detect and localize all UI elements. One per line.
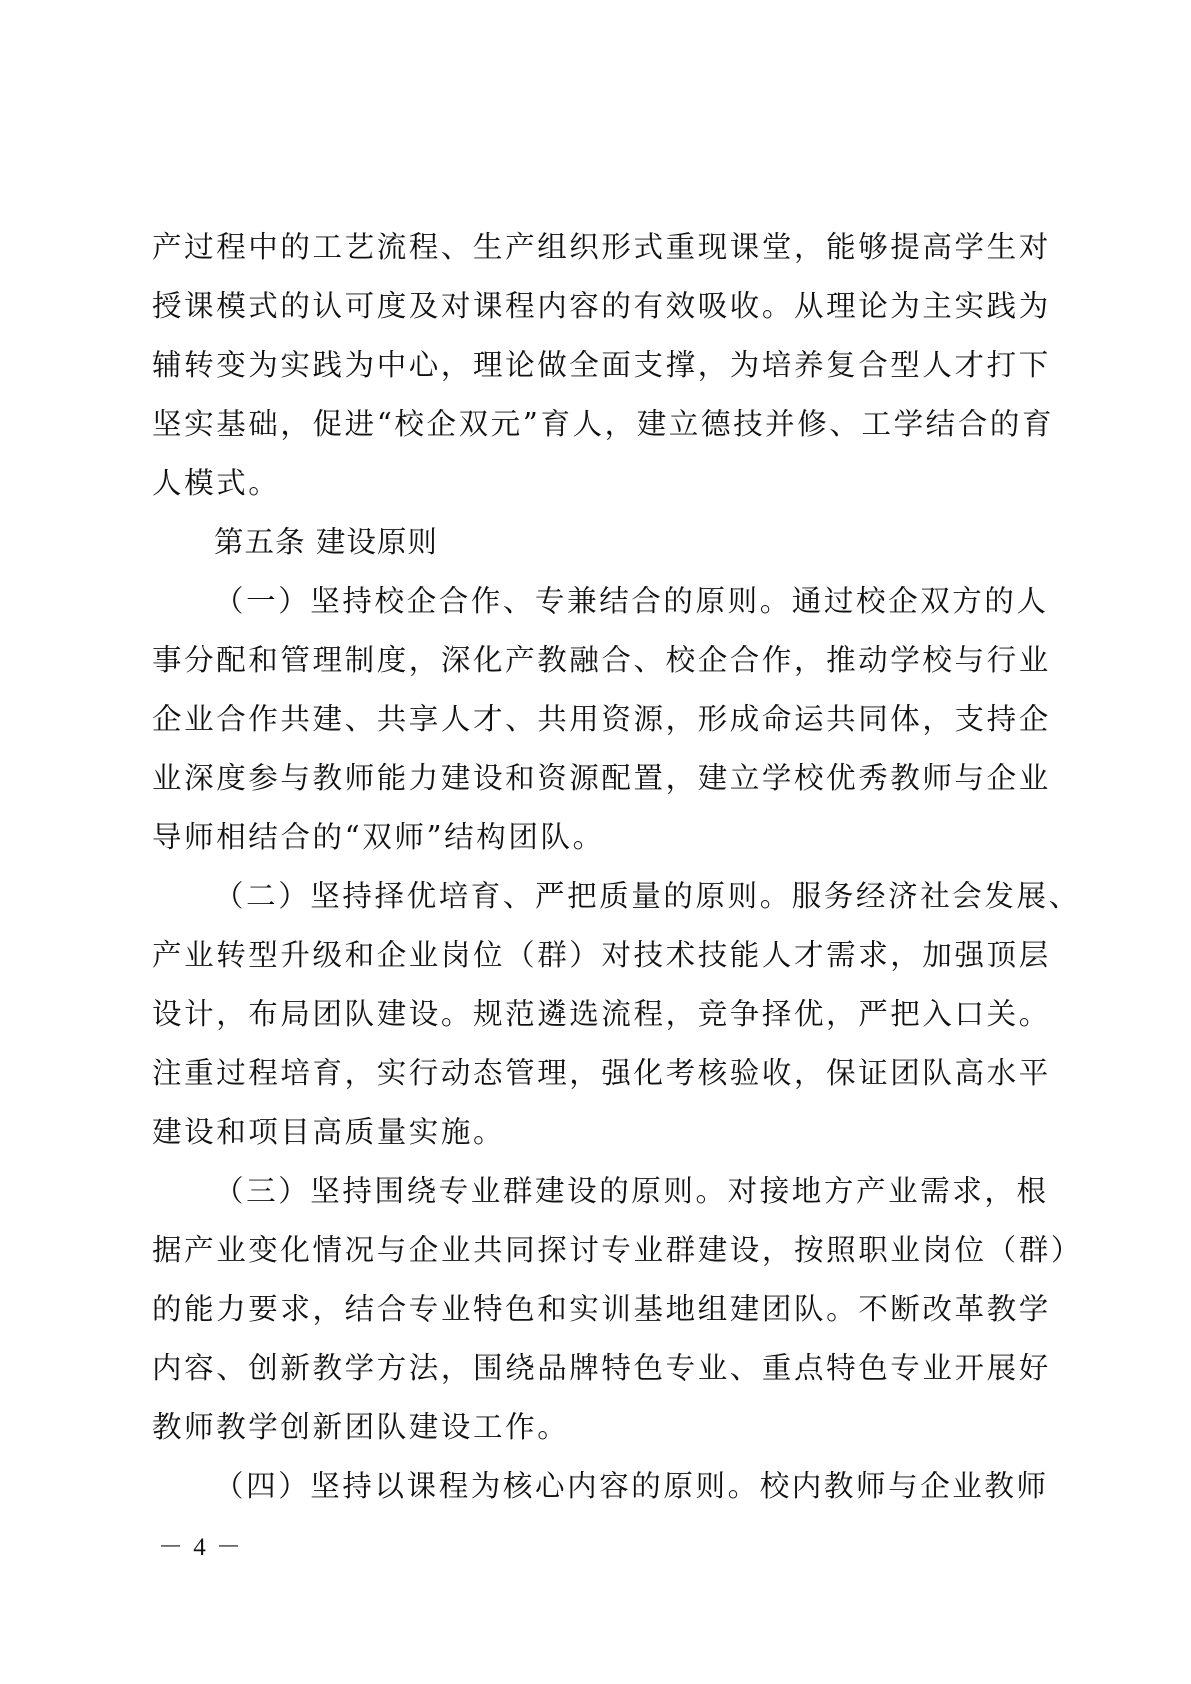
section-heading: 第五条 建设原则: [152, 513, 1032, 572]
paragraph-line: 的能力要求，结合专业特色和实训基地组建团队。不断改革教学: [152, 1280, 1032, 1339]
paragraph-line: （三）坚持围绕专业群建设的原则。对接地方产业需求，根: [152, 1162, 1032, 1221]
document-page: 产过程中的工艺流程、生产组织形式重现课堂，能够提高学生对 授课模式的认可度及对课…: [0, 0, 1191, 1684]
paragraph-line: 设计，布局团队建设。规范遴选流程，竞争择优，严把入口关。: [152, 985, 1032, 1044]
paragraph-line: 产业转型升级和企业岗位（群）对技术技能人才需求，加强顶层: [152, 926, 1032, 985]
paragraph-line: 业深度参与教师能力建设和资源配置，建立学校优秀教师与企业: [152, 749, 1032, 808]
paragraph-line: （二）坚持择优培育、严把质量的原则。服务经济社会发展、: [152, 867, 1032, 926]
paragraph-line: 授课模式的认可度及对课程内容的有效吸收。从理论为主实践为: [152, 277, 1032, 336]
page-number: － 4 －: [158, 1527, 243, 1563]
paragraph-line: 建设和项目高质量实施。: [152, 1103, 1032, 1162]
paragraph-line: 内容、创新教学方法，围绕品牌特色专业、重点特色专业开展好: [152, 1339, 1032, 1398]
paragraph-line: 坚实基础，促进“校企双元”育人，建立德技并修、工学结合的育: [152, 395, 1032, 454]
paragraph-line: （四）坚持以课程为核心内容的原则。校内教师与企业教师: [152, 1457, 1032, 1516]
paragraph-line: 企业合作共建、共享人才、共用资源，形成命运共同体，支持企: [152, 690, 1032, 749]
paragraph-line: 导师相结合的“双师”结构团队。: [152, 808, 1032, 867]
document-body: 产过程中的工艺流程、生产组织形式重现课堂，能够提高学生对 授课模式的认可度及对课…: [152, 218, 1032, 1516]
paragraph-line: 事分配和管理制度，深化产教融合、校企合作，推动学校与行业: [152, 631, 1032, 690]
paragraph-line: 注重过程培育，实行动态管理，强化考核验收，保证团队高水平: [152, 1044, 1032, 1103]
paragraph-line: 人模式。: [152, 454, 1032, 513]
paragraph-line: 教师教学创新团队建设工作。: [152, 1398, 1032, 1457]
paragraph-line: 辅转变为实践为中心，理论做全面支撑，为培养复合型人才打下: [152, 336, 1032, 395]
paragraph-line: 据产业变化情况与企业共同探讨专业群建设，按照职业岗位（群）: [152, 1221, 1032, 1280]
paragraph-line: （一）坚持校企合作、专兼结合的原则。通过校企双方的人: [152, 572, 1032, 631]
paragraph-line: 产过程中的工艺流程、生产组织形式重现课堂，能够提高学生对: [152, 218, 1032, 277]
